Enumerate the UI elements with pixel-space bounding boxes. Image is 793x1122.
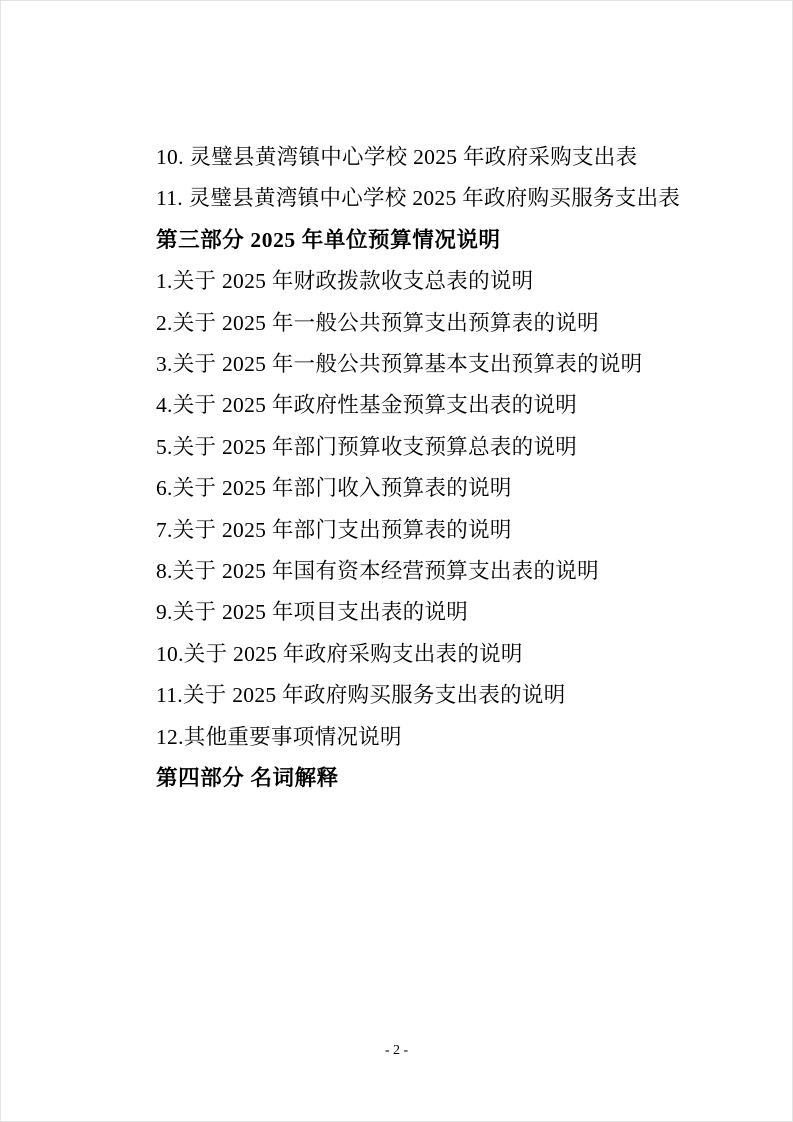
toc-item-part3-10: 10.关于 2025 年政府采购支出表的说明 bbox=[156, 634, 732, 675]
toc-item-part3-5: 5.关于 2025 年部门预算收支预算总表的说明 bbox=[156, 427, 732, 468]
toc-item-part2-11: 11. 灵璧县黄湾镇中心学校 2025 年政府购买服务支出表 bbox=[156, 178, 732, 219]
page-number: - 2 - bbox=[1, 1041, 792, 1061]
toc-item-part3-7: 7.关于 2025 年部门支出预算表的说明 bbox=[156, 510, 732, 551]
toc-item-part3-1: 1.关于 2025 年财政拨款收支总表的说明 bbox=[156, 261, 732, 302]
part4-heading: 第四部分 名词解释 bbox=[156, 758, 732, 799]
toc-item-part3-6: 6.关于 2025 年部门收入预算表的说明 bbox=[156, 468, 732, 509]
toc-item-part3-2: 2.关于 2025 年一般公共预算支出预算表的说明 bbox=[156, 303, 732, 344]
toc-item-part2-10: 10. 灵璧县黄湾镇中心学校 2025 年政府采购支出表 bbox=[156, 137, 732, 178]
table-of-contents: 10. 灵璧县黄湾镇中心学校 2025 年政府采购支出表 11. 灵璧县黄湾镇中… bbox=[156, 137, 732, 800]
toc-item-part3-8: 8.关于 2025 年国有资本经营预算支出表的说明 bbox=[156, 551, 732, 592]
toc-item-part3-3: 3.关于 2025 年一般公共预算基本支出预算表的说明 bbox=[156, 344, 732, 385]
toc-item-part3-9: 9.关于 2025 年项目支出表的说明 bbox=[156, 592, 732, 633]
document-page: 10. 灵璧县黄湾镇中心学校 2025 年政府采购支出表 11. 灵璧县黄湾镇中… bbox=[0, 0, 793, 1122]
toc-item-part3-12: 12.其他重要事项情况说明 bbox=[156, 717, 732, 758]
part3-heading: 第三部分 2025 年单位预算情况说明 bbox=[156, 220, 732, 261]
toc-item-part3-4: 4.关于 2025 年政府性基金预算支出表的说明 bbox=[156, 385, 732, 426]
toc-item-part3-11: 11.关于 2025 年政府购买服务支出表的说明 bbox=[156, 675, 732, 716]
